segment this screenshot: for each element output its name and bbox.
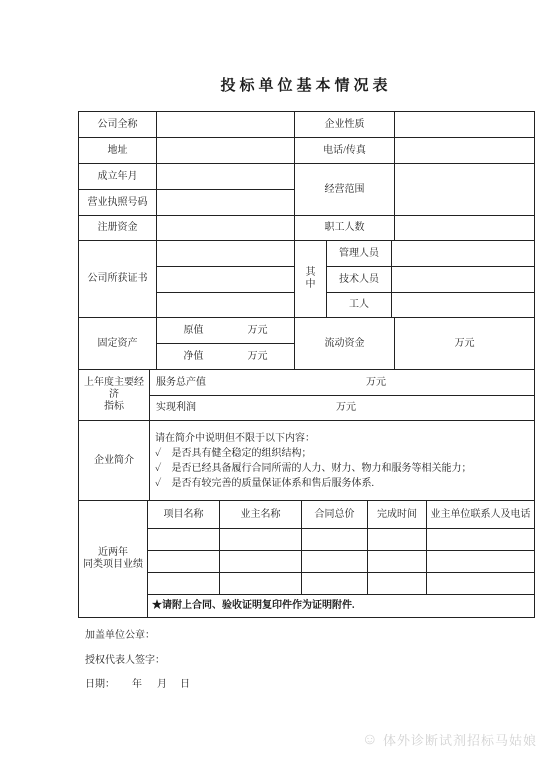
performance-empty-cell bbox=[148, 529, 220, 551]
certificate-value-cell bbox=[157, 267, 295, 293]
company-profile-requirements: 请在简介中说明但不限于以下内容： ✓ 是否具有健全稳定的组织结构； ✓ 是否已经… bbox=[150, 421, 535, 501]
section-basic-info: 公司全称 企业性质 地址 电话/传真 成立年月 经营范围 营业执照号码 bbox=[78, 111, 535, 241]
unit-wanyuan: 万元 bbox=[248, 325, 268, 336]
registered-capital-label: 注册资金 bbox=[79, 216, 157, 241]
technical-staff-label: 技术人员 bbox=[327, 267, 392, 293]
company-name-value-cell bbox=[157, 112, 295, 138]
net-value-cell: 净值万元 bbox=[157, 344, 295, 370]
company-name-label: 公司全称 bbox=[79, 112, 157, 138]
section-economic-indicators: 上年度主要经济 指标 服务总产值万元 实现利润万元 bbox=[78, 369, 535, 421]
performance-empty-cell bbox=[368, 529, 427, 551]
performance-empty-cell bbox=[302, 551, 368, 573]
service-output-label: 服务总产值 bbox=[156, 377, 206, 388]
page-title: 投标单位基本情况表 bbox=[78, 74, 534, 95]
business-scope-value-cell bbox=[395, 164, 535, 216]
col-header-project-name: 项目名称 bbox=[148, 501, 220, 529]
performance-empty-cell bbox=[302, 529, 368, 551]
performance-empty-cell bbox=[368, 551, 427, 573]
certificates-label: 公司所获证书 bbox=[79, 241, 157, 318]
document-page: 投标单位基本情况表 公司全称 企业性质 地址 电话/传真 成立年月 经营范围 bbox=[0, 0, 542, 767]
unit-wanyuan: 万元 bbox=[366, 377, 386, 388]
phone-fax-label: 电话/传真 bbox=[295, 138, 395, 164]
founded-date-label: 成立年月 bbox=[79, 164, 157, 190]
workers-label: 工人 bbox=[327, 293, 392, 318]
smiley-face-icon: ☺ bbox=[362, 732, 379, 748]
address-label: 地址 bbox=[79, 138, 157, 164]
date-line: 日期：年月日 bbox=[85, 675, 190, 690]
address-value-cell bbox=[157, 138, 295, 164]
certificate-value-cell bbox=[157, 293, 295, 318]
unit-wanyuan: 万元 bbox=[336, 402, 356, 413]
performance-empty-cell bbox=[302, 573, 368, 595]
management-staff-value-cell bbox=[392, 241, 535, 267]
service-output-cell: 服务总产值万元 bbox=[150, 370, 535, 396]
section-certificates: 公司所获证书 其 中 管理人员 技术人员 工人 bbox=[78, 240, 535, 318]
enterprise-type-label: 企业性质 bbox=[295, 112, 395, 138]
performance-empty-cell bbox=[427, 551, 535, 573]
col-header-owner-name: 业主名称 bbox=[220, 501, 302, 529]
performance-empty-cell bbox=[148, 573, 220, 595]
performance-empty-cell bbox=[148, 551, 220, 573]
performance-empty-cell bbox=[427, 529, 535, 551]
day-label: 日 bbox=[180, 679, 190, 690]
working-capital-label: 流动资金 bbox=[295, 318, 395, 370]
performance-empty-cell bbox=[220, 573, 302, 595]
economic-indicators-label: 上年度主要经济 指标 bbox=[79, 370, 150, 421]
profit-label: 实现利润 bbox=[156, 402, 196, 413]
date-label: 日期： bbox=[85, 679, 115, 690]
registered-capital-value-cell bbox=[157, 216, 295, 241]
working-capital-value-cell: 万元 bbox=[395, 318, 535, 370]
month-label: 月 bbox=[157, 679, 167, 690]
workers-value-cell bbox=[392, 293, 535, 318]
col-header-owner-contact: 业主单位联系人及电话 bbox=[427, 501, 535, 529]
profit-cell: 实现利润万元 bbox=[150, 396, 535, 421]
business-scope-label: 经营范围 bbox=[295, 164, 395, 216]
license-no-label: 营业执照号码 bbox=[79, 190, 157, 216]
staff-count-label: 职工人数 bbox=[295, 216, 395, 241]
col-header-contract-price: 合同总价 bbox=[302, 501, 368, 529]
management-staff-label: 管理人员 bbox=[327, 241, 392, 267]
performance-empty-cell bbox=[220, 551, 302, 573]
attachment-note: ★请附上合同、验收证明复印件作为证明附件. bbox=[148, 595, 535, 618]
watermark-text: 体外诊断试剂招标马姑娘 bbox=[383, 730, 537, 749]
company-profile-label: 企业简介 bbox=[79, 421, 150, 501]
staff-count-value-cell bbox=[395, 216, 535, 241]
technical-staff-value-cell bbox=[392, 267, 535, 293]
authorized-signature-label: 授权代表人签字： bbox=[85, 651, 165, 666]
performance-empty-cell bbox=[427, 573, 535, 595]
original-value-label: 原值 bbox=[184, 325, 204, 336]
bidder-info-form: 公司全称 企业性质 地址 电话/传真 成立年月 经营范围 营业执照号码 bbox=[78, 111, 535, 618]
net-value-label: 净值 bbox=[184, 351, 204, 362]
watermark: ☺ 体外诊断试剂招标马姑娘 bbox=[362, 730, 537, 749]
original-value-cell: 原值万元 bbox=[157, 318, 295, 344]
founded-date-value-cell bbox=[157, 164, 295, 190]
among-which-label: 其 中 bbox=[295, 241, 327, 318]
unit-wanyuan: 万元 bbox=[455, 338, 475, 349]
section-fixed-assets: 固定资产 原值万元 流动资金 万元 净值万元 bbox=[78, 317, 535, 370]
year-label: 年 bbox=[132, 679, 142, 690]
col-header-completion-time: 完成时间 bbox=[368, 501, 427, 529]
unit-wanyuan: 万元 bbox=[248, 351, 268, 362]
phone-fax-value-cell bbox=[395, 138, 535, 164]
official-seal-label: 加盖单位公章： bbox=[85, 626, 155, 641]
enterprise-type-value-cell bbox=[395, 112, 535, 138]
section-project-performance: 近两年 同类项目业绩 项目名称 业主名称 合同总价 完成时间 业主单位联系人及电… bbox=[78, 500, 535, 618]
performance-empty-cell bbox=[220, 529, 302, 551]
section-company-profile: 企业简介 请在简介中说明但不限于以下内容： ✓ 是否具有健全稳定的组织结构； ✓… bbox=[78, 420, 535, 501]
performance-empty-cell bbox=[368, 573, 427, 595]
license-no-value-cell bbox=[157, 190, 295, 216]
fixed-assets-label: 固定资产 bbox=[79, 318, 157, 370]
certificate-value-cell bbox=[157, 241, 295, 267]
performance-label: 近两年 同类项目业绩 bbox=[79, 501, 148, 618]
